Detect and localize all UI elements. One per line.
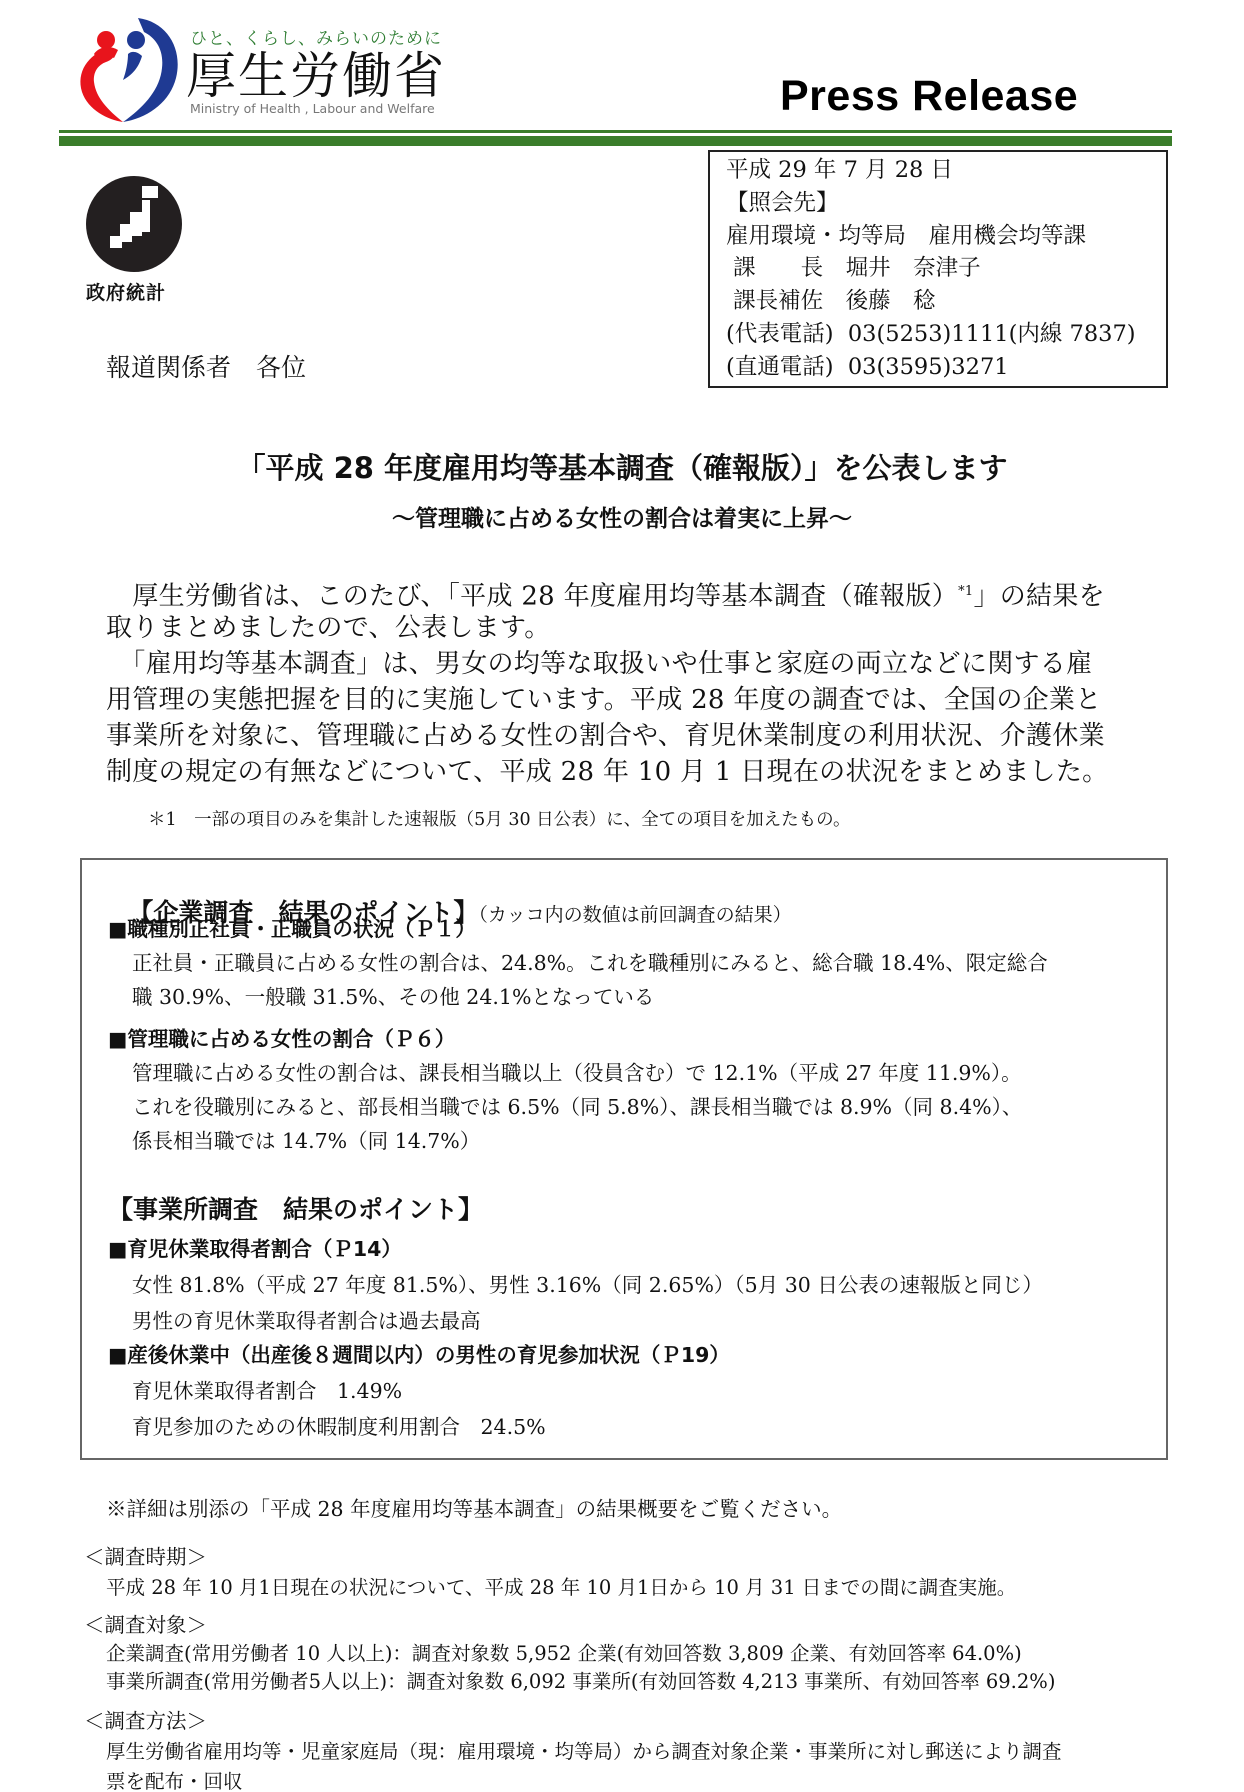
contact-department: 雇用環境・均等局 雇用機会均等課 <box>726 220 1086 252</box>
press-release-heading: Press Release <box>780 72 1078 121</box>
survey-method-line: 票を配布・回収 <box>106 1766 243 1792</box>
point-title: ■管理職に占める女性の割合（Ｐ６） <box>108 1022 455 1052</box>
release-date: 平成 29 年 7 月 28 日 <box>726 154 953 186</box>
body-paragraph-line: 取りまとめましたので、公表します。 <box>106 610 551 646</box>
establishment-survey-heading: 【事業所調査 結果のポイント】 <box>108 1190 483 1226</box>
point-title: ■産後休業中（出産後８週間以内）の男性の育児参加状況（Ｐ19） <box>108 1338 730 1368</box>
point-title: ■職種別正社員・正職員の状況（Ｐ１） <box>108 912 476 942</box>
contact-heading: 【照会先】 <box>726 187 839 219</box>
body-paragraph-line: 「雇用均等基本調査」は、男女の均等な取扱いや仕事と家庭の両立などに関する雇 <box>106 646 1092 682</box>
survey-method-line: 厚生労働省雇用均等・児童家庭局（現：雇用環境・均等局）から調査対象企業・事業所に… <box>106 1736 1062 1764</box>
survey-period-heading: ＜調査時期＞ <box>84 1540 207 1570</box>
header-rule-thin <box>59 130 1172 133</box>
mhlw-logo-icon <box>68 10 183 125</box>
survey-target-line: 事業所調査(常用労働者5人以上)：調査対象数 6,092 事業所(有効回答数 4… <box>106 1666 1055 1694</box>
contact-deputy: 課長補佐 後藤 稔 <box>726 285 936 317</box>
document-title: 「平成 28 年度雇用均等基本調査（確報版）」を公表します <box>0 446 1244 487</box>
footnote: ＊1 一部の項目のみを集計した速報版（5月 30 日公表）に、全ての項目を加えた… <box>148 806 850 831</box>
contact-direct-phone: (直通電話) 03(3595)3271 <box>726 351 1009 383</box>
survey-target-heading: ＜調査対象＞ <box>84 1608 207 1638</box>
footnote-ref: *1 <box>958 584 973 599</box>
survey-period-text: 平成 28 年 10 月1日現在の状況について、平成 28 年 10 月1日から… <box>106 1572 1016 1600</box>
point-text: 職 30.9%、一般職 31.5%、その他 24.1%となっている <box>132 980 654 1010</box>
point-text: 女性 81.8%（平成 27 年度 81.5%）、男性 3.16%（同 2.65… <box>132 1268 1043 1298</box>
contact-box: 平成 29 年 7 月 28 日 【照会先】 雇用環境・均等局 雇用機会均等課 … <box>708 150 1168 388</box>
point-title: ■育児休業取得者割合（Ｐ14） <box>108 1232 402 1262</box>
point-text: 男性の育児休業取得者割合は過去最高 <box>132 1304 481 1334</box>
addressee: 報道関係者 各位 <box>106 348 306 384</box>
government-statistics-icon <box>86 176 182 272</box>
contact-main-phone: (代表電話) 03(5253)1111(内線 7837) <box>726 318 1136 350</box>
survey-target-line: 企業調査(常用労働者 10 人以上)：調査対象数 5,952 企業(有効回答数 … <box>106 1638 1022 1666</box>
point-text: 管理職に占める女性の割合は、課長相当職以上（役員含む）で 12.1%（平成 27… <box>132 1056 1022 1086</box>
body-paragraph-line: 厚生労働省は、このたび、「平成 28 年度雇用均等基本調査（確報版）*1」の結果… <box>106 574 1105 615</box>
survey-method-heading: ＜調査方法＞ <box>84 1704 207 1734</box>
point-text: これを役職別にみると、部長相当職では 6.5%（同 5.8%）、課長相当職では … <box>132 1090 1022 1120</box>
point-text: 係長相当職では 14.7%（同 14.7%） <box>132 1124 480 1154</box>
point-text: 育児休業取得者割合 1.49% <box>132 1374 402 1404</box>
body-paragraph-line: 用管理の実態把握を目的に実施しています。平成 28 年度の調査では、全国の企業と <box>106 682 1102 718</box>
header-rule-thick <box>59 136 1172 146</box>
ministry-name-jp: 厚生労働省 <box>186 46 446 106</box>
details-note: ※詳細は別添の「平成 28 年度雇用均等基本調査」の結果概要をご覧ください。 <box>106 1492 842 1522</box>
company-survey-note: （カッコ内の数値は前回調査の結果） <box>478 904 791 926</box>
document-subtitle: ～管理職に占める女性の割合は着実に上昇～ <box>0 500 1244 533</box>
body-paragraph-line: 事業所を対象に、管理職に占める女性の割合や、育児休業制度の利用状況、介護休業 <box>106 718 1105 754</box>
contact-chief: 課 長 堀井 奈津子 <box>726 252 981 284</box>
results-points-box: 【企業調査 結果のポイント】（カッコ内の数値は前回調査の結果） ■職種別正社員・… <box>80 858 1168 1460</box>
government-statistics-label: 政府統計 <box>86 278 166 305</box>
point-text: 育児参加のための休暇制度利用割合 24.5% <box>132 1410 546 1440</box>
body-paragraph-line: 制度の規定の有無などについて、平成 28 年 10 月 1 日現在の状況をまとめ… <box>106 754 1108 790</box>
ministry-name-en: Ministry of Health , Labour and Welfare <box>190 101 435 116</box>
point-text: 正社員・正職員に占める女性の割合は、24.8%。これを職種別にみると、総合職 1… <box>132 946 1048 976</box>
